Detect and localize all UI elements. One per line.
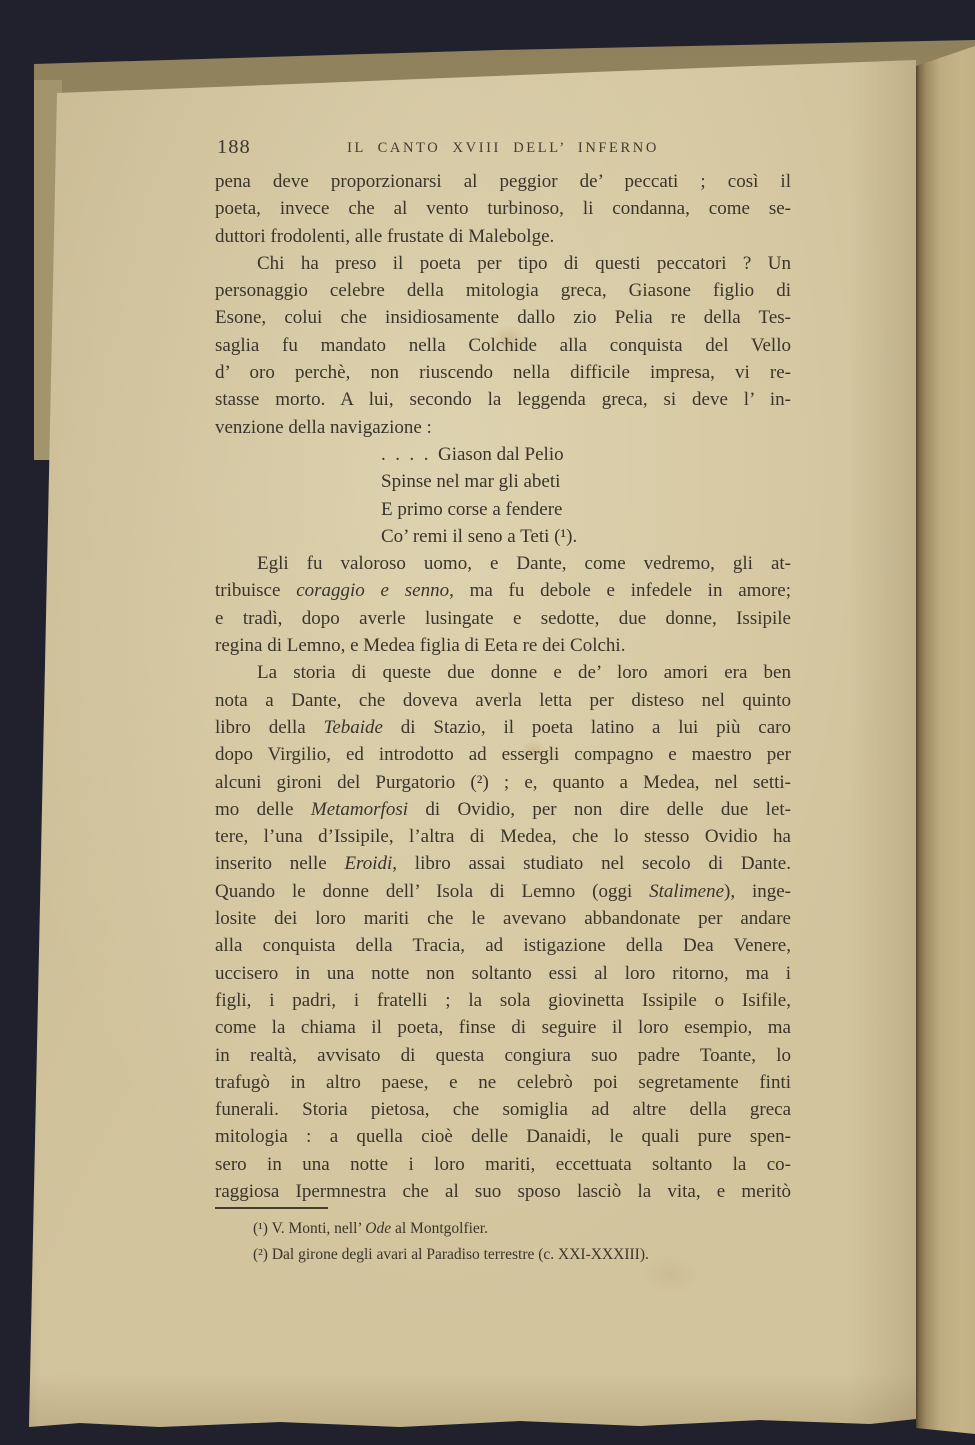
text-run: Eroidi bbox=[344, 853, 392, 874]
text-run: mo delle bbox=[215, 799, 311, 820]
text-line: dopo Virgilio, ed introdotto ad essergli… bbox=[215, 741, 791, 768]
page-number: 188 bbox=[217, 136, 251, 159]
text-run: (²) Dal girone degli avari al Paradiso t… bbox=[253, 1246, 649, 1263]
verse-line: . . . . Giason dal Pelio bbox=[215, 441, 791, 468]
text-run: tribuisce bbox=[215, 580, 296, 601]
verse-line: Spinse nel mar gli abeti bbox=[215, 468, 791, 495]
text-run: La storia di queste due donne e de’ loro… bbox=[257, 662, 791, 683]
text-line: libro della Tebaide di Stazio, il poeta … bbox=[215, 714, 791, 741]
text-line: nota a Dante, che doveva averla letta pe… bbox=[215, 687, 791, 714]
text-line: trafugò in altro paese, e ne celebrò poi… bbox=[215, 1069, 791, 1096]
text-run: al Montgolfier. bbox=[391, 1220, 488, 1237]
book-scan: 188 IL CANTO XVIII DELL’ INFERNO pena de… bbox=[0, 0, 975, 1445]
page-header: 188 IL CANTO XVIII DELL’ INFERNO bbox=[215, 136, 791, 162]
text-line: uccisero in una notte non soltanto essi … bbox=[215, 960, 791, 987]
text-line: e tradì, dopo averle lusingate e sedotte… bbox=[215, 605, 791, 632]
text-run: in realtà, avvisato di questa congiura s… bbox=[215, 1045, 791, 1066]
text-line: d’ oro perchè, non riuscendo nella diffi… bbox=[215, 359, 791, 386]
text-line: come la chiama il poeta, finse di seguir… bbox=[215, 1014, 791, 1041]
text-line: pena deve proporzionarsi al peggior de’ … bbox=[215, 168, 791, 195]
text-line: tere, l’una d’Issipile, l’altra di Medea… bbox=[215, 823, 791, 850]
text-run: figli, i padri, i fratelli ; la sola gio… bbox=[215, 990, 791, 1011]
text-line: venzione della navigazione : bbox=[215, 414, 791, 441]
text-run: Egli fu valoroso uomo, e Dante, come ved… bbox=[257, 553, 791, 574]
facing-page-edge bbox=[916, 0, 975, 1445]
text-run: uccisero in una notte non soltanto essi … bbox=[215, 963, 791, 984]
text-run: stasse morto. A lui, secondo la leggenda… bbox=[215, 389, 791, 410]
text-line: losite dei loro mariti che le avevano ab… bbox=[215, 905, 791, 932]
text-run: nota a Dante, che doveva averla letta pe… bbox=[215, 690, 791, 711]
text-run: regina di Lemno, e Medea figlia di Eeta … bbox=[215, 635, 625, 656]
footnotes: (¹) V. Monti, nell’ Ode al Montgolfier.(… bbox=[215, 1216, 791, 1267]
text-run: Co’ remi il seno a Teti (¹). bbox=[381, 526, 577, 547]
text-line: Quando le donne dell’ Isola di Lemno (og… bbox=[215, 878, 791, 905]
text-line: Esone, colui che insidiosamente dallo zi… bbox=[215, 304, 791, 331]
text-line: alla conquista della Tracia, ad istigazi… bbox=[215, 932, 791, 959]
text-run: dopo Virgilio, ed introdotto ad essergli… bbox=[215, 744, 791, 765]
verse-line: E primo corse a fendere bbox=[215, 496, 791, 523]
text-run: Esone, colui che insidiosamente dallo zi… bbox=[215, 307, 791, 328]
text-run: duttori frodolenti, alle frustate di Mal… bbox=[215, 226, 554, 247]
footnote-rule bbox=[215, 1207, 328, 1209]
text-line: stasse morto. A lui, secondo la leggenda… bbox=[215, 386, 791, 413]
text-run: tere, l’una d’Issipile, l’altra di Medea… bbox=[215, 826, 791, 847]
text-run: sero in una notte i loro mariti, eccettu… bbox=[215, 1154, 791, 1175]
text-line: Chi ha preso il poeta per tipo di questi… bbox=[215, 250, 791, 277]
body-text: pena deve proporzionarsi al peggior de’ … bbox=[215, 168, 791, 1205]
text-run: coraggio e senno bbox=[296, 580, 449, 601]
text-line: regina di Lemno, e Medea figlia di Eeta … bbox=[215, 632, 791, 659]
footnote-line: (¹) V. Monti, nell’ Ode al Montgolfier. bbox=[215, 1216, 791, 1242]
text-line: mitologia : a quella cioè delle Danaidi,… bbox=[215, 1123, 791, 1150]
text-line: figli, i padri, i fratelli ; la sola gio… bbox=[215, 987, 791, 1014]
text-run: come la chiama il poeta, finse di seguir… bbox=[215, 1017, 791, 1038]
text-run: losite dei loro mariti che le avevano ab… bbox=[215, 908, 791, 929]
text-run: (¹) V. Monti, nell’ bbox=[253, 1220, 365, 1237]
text-run: saglia fu mandato nella Colchide alla co… bbox=[215, 335, 791, 356]
text-line: saglia fu mandato nella Colchide alla co… bbox=[215, 332, 791, 359]
text-run: Metamorfosi bbox=[311, 799, 408, 820]
text-line: in realtà, avvisato di questa congiura s… bbox=[215, 1042, 791, 1069]
text-run: Stalimene bbox=[649, 881, 724, 902]
text-run: d’ oro perchè, non riuscendo nella diffi… bbox=[215, 362, 791, 383]
text-line: inserito nelle Eroidi, libro assai studi… bbox=[215, 850, 791, 877]
text-run: alla conquista della Tracia, ad istigazi… bbox=[215, 935, 791, 956]
text-line: raggiosa Ipermnestra che al suo sposo la… bbox=[215, 1178, 791, 1205]
text-line: alcuni gironi del Purgatorio (²) ; e, qu… bbox=[215, 769, 791, 796]
text-run: inserito nelle bbox=[215, 853, 344, 874]
verse-line: Co’ remi il seno a Teti (¹). bbox=[215, 523, 791, 550]
text-line: funerali. Storia pietosa, che somiglia a… bbox=[215, 1096, 791, 1123]
text-run: ), inge- bbox=[724, 881, 791, 902]
text-run: raggiosa Ipermnestra che al suo sposo la… bbox=[215, 1181, 791, 1202]
text-line: duttori frodolenti, alle frustate di Mal… bbox=[215, 223, 791, 250]
text-run: . . . . Giason dal Pelio bbox=[381, 444, 564, 465]
running-title: IL CANTO XVIII DELL’ INFERNO bbox=[347, 140, 659, 157]
text-run: poeta, invece che al vento turbinoso, li… bbox=[215, 198, 791, 219]
text-run: Spinse nel mar gli abeti bbox=[381, 471, 560, 492]
text-line: poeta, invece che al vento turbinoso, li… bbox=[215, 195, 791, 222]
text-run: di Stazio, il poeta latino a lui più car… bbox=[383, 717, 791, 738]
text-run: e tradì, dopo averle lusingate e sedotte… bbox=[215, 608, 791, 629]
text-line: mo delle Metamorfosi di Ovidio, per non … bbox=[215, 796, 791, 823]
footnote-line: (²) Dal girone degli avari al Paradiso t… bbox=[215, 1242, 791, 1268]
text-run: alcuni gironi del Purgatorio (²) ; e, qu… bbox=[215, 772, 791, 793]
text-run: , ma fu debole e infedele in amore; bbox=[449, 580, 791, 601]
text-run: libro della bbox=[215, 717, 324, 738]
text-line: tribuisce coraggio e senno, ma fu debole… bbox=[215, 577, 791, 604]
text-run: pena deve proporzionarsi al peggior de’ … bbox=[215, 171, 791, 192]
text-line: La storia di queste due donne e de’ loro… bbox=[215, 659, 791, 686]
text-run: funerali. Storia pietosa, che somiglia a… bbox=[215, 1099, 791, 1120]
text-run: Ode bbox=[365, 1220, 391, 1237]
text-run: Tebaide bbox=[324, 717, 383, 738]
text-run: trafugò in altro paese, e ne celebrò poi… bbox=[215, 1072, 791, 1093]
text-run: E primo corse a fendere bbox=[381, 499, 562, 520]
text-run: mitologia : a quella cioè delle Danaidi,… bbox=[215, 1126, 791, 1147]
text-run: personaggio celebre della mitologia grec… bbox=[215, 280, 791, 301]
text-line: Egli fu valoroso uomo, e Dante, come ved… bbox=[215, 550, 791, 577]
text-run: venzione della navigazione : bbox=[215, 417, 432, 438]
text-line: personaggio celebre della mitologia grec… bbox=[215, 277, 791, 304]
text-run: , libro assai studiato nel secolo di Dan… bbox=[392, 853, 791, 874]
text-run: di Ovidio, per non dire delle due let- bbox=[408, 799, 791, 820]
text-line: sero in una notte i loro mariti, eccettu… bbox=[215, 1151, 791, 1178]
text-run: Quando le donne dell’ Isola di Lemno (og… bbox=[215, 881, 649, 902]
book-page: 188 IL CANTO XVIII DELL’ INFERNO pena de… bbox=[0, 0, 975, 1445]
text-run: Chi ha preso il poeta per tipo di questi… bbox=[257, 253, 791, 274]
